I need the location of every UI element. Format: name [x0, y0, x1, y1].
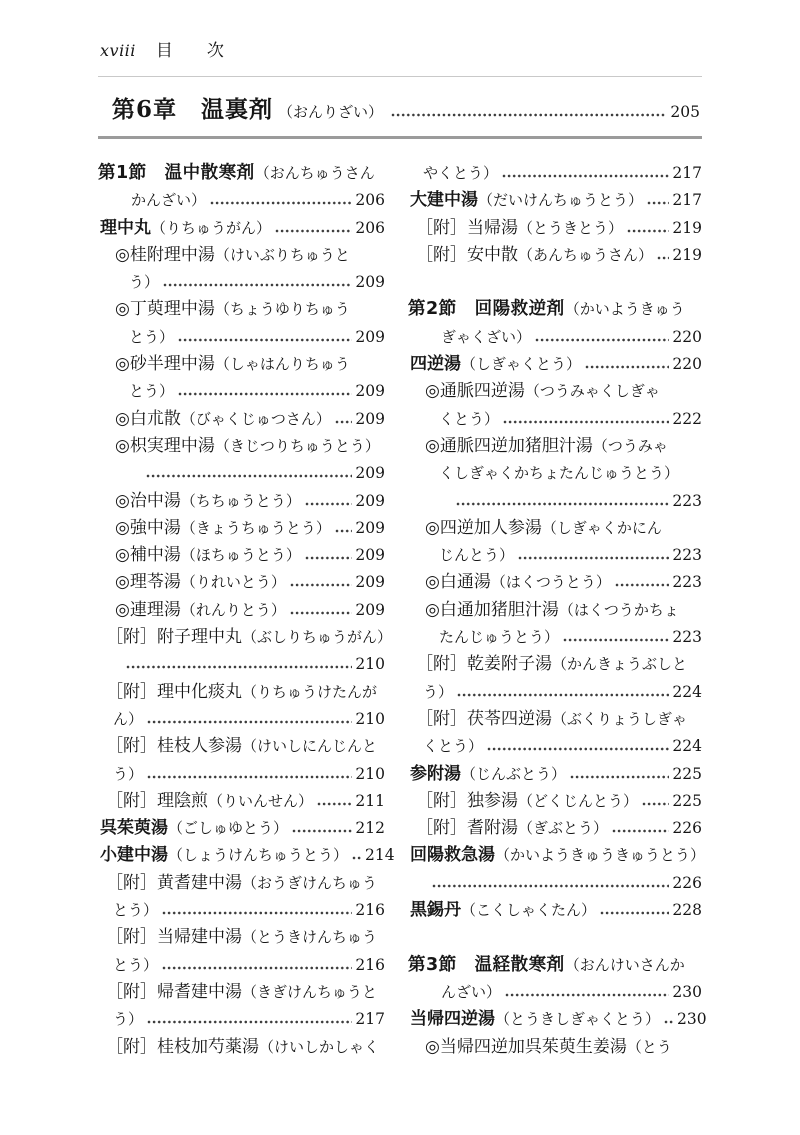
page-number: 210 — [355, 651, 385, 678]
page-number: 228 — [672, 897, 702, 924]
entry-reading: （とうきとう） — [518, 215, 623, 242]
entry-reading: う） — [129, 269, 159, 296]
toc-entry-continuation: う）217 — [98, 1006, 385, 1033]
entry-title: ◎四逆加人参湯 — [425, 515, 542, 542]
chapter-page-number: 205 — [670, 103, 700, 121]
entry-reading: （しぎゃくかにん — [542, 515, 662, 542]
dot-leader — [627, 229, 669, 233]
entry-reading: （しゃはんりちゅう — [215, 351, 350, 378]
page-number: 216 — [355, 897, 385, 924]
toc-entry-continuation: たんじゅうとう）223 — [408, 624, 702, 651]
entry-title: 小建中湯 — [100, 842, 168, 869]
toc-leader-line: 226 — [408, 870, 702, 897]
entry-reading: ぎゃくざい） — [441, 324, 531, 351]
dot-leader — [335, 529, 353, 533]
toc-formula-entry: 当帰四逆湯（とうきしぎゃくとう）230 — [408, 1006, 702, 1033]
header-title: 目 次 — [156, 36, 224, 61]
page-number: 209 — [355, 515, 385, 542]
page-number: 216 — [355, 952, 385, 979]
entry-reading: （どくじんとう） — [518, 788, 638, 815]
page-number: 210 — [355, 761, 385, 788]
entry-title: ◎連理湯 — [115, 597, 181, 624]
folio-number: xviii — [100, 41, 136, 60]
toc-column-right: やくとう）217大建中湯（だいけんちゅうとう）217［附］当帰湯（とうきとう）2… — [408, 160, 702, 1061]
toc-variant-entry: ◎白朮散（びゃくじゅつさん）209 — [98, 406, 385, 433]
page-number: 210 — [355, 706, 385, 733]
entry-reading: （つうみゃくしぎゃ — [525, 378, 660, 405]
entry-title: 第2節 回陽救逆剤 — [408, 296, 565, 323]
toc-entry-continuation: う）210 — [98, 761, 385, 788]
toc-entry-continuation: う）209 — [98, 269, 385, 296]
toc-formula-entry: 黒錫丹（こくしゃくたん）228 — [408, 897, 702, 924]
entry-title: 四逆湯 — [410, 351, 461, 378]
dot-leader — [615, 583, 670, 587]
entry-title: ◎枳実理中湯 — [115, 433, 215, 460]
page-number: 209 — [355, 460, 385, 487]
dot-leader — [162, 911, 352, 915]
entry-title: ［附］当帰湯 — [416, 215, 518, 242]
dot-leader — [585, 365, 669, 369]
entry-reading: （りちゅうがん） — [151, 215, 271, 242]
toc-section-heading: 第3節 温経散寒剤（おんけいさんか — [408, 952, 702, 979]
entry-title: ◎丁萸理中湯 — [115, 296, 215, 323]
toc-column-left: 第1節 温中散寒剤（おんちゅうさんかんざい）206理中丸（りちゅうがん）206◎… — [98, 160, 385, 1061]
toc-variant-entry: ◎枳実理中湯（きじつりちゅうとう） — [98, 433, 385, 460]
dot-leader — [305, 502, 353, 506]
entry-title: ◎強中湯 — [115, 515, 181, 542]
toc-variant-entry: ◎理苓湯（りれいとう）209 — [98, 569, 385, 596]
entry-reading: う） — [113, 1006, 143, 1033]
dot-leader — [505, 993, 669, 997]
entry-reading: う） — [113, 761, 143, 788]
page-number: 220 — [672, 351, 702, 378]
page-number: 223 — [672, 624, 702, 651]
entry-reading: （かいようきゅう — [565, 296, 685, 323]
entry-title: 参附湯 — [410, 761, 461, 788]
toc-entry-continuation: とう）216 — [98, 897, 385, 924]
entry-reading: やくとう） — [423, 160, 498, 187]
dot-leader — [647, 201, 669, 205]
entry-title: ［附］耆附湯 — [416, 815, 518, 842]
page-number: 230 — [672, 979, 702, 1006]
entry-reading: くとう） — [439, 406, 499, 433]
page-number: 219 — [672, 215, 702, 242]
dot-leader — [147, 775, 352, 779]
toc-variant-entry: ◎治中湯（ちちゅうとう）209 — [98, 488, 385, 515]
entry-reading: くとう） — [423, 733, 483, 760]
dot-leader — [657, 256, 669, 260]
entry-reading: （りいんせん） — [208, 788, 313, 815]
toc-appendix-entry: ［附］理陰煎（りいんせん）211 — [98, 788, 385, 815]
entry-reading: くしぎゃくかちょたんじゅうとう） — [439, 460, 679, 487]
toc-entry-continuation: じんとう）223 — [408, 542, 702, 569]
toc-variant-entry: ◎四逆加人参湯（しぎゃくかにん — [408, 515, 702, 542]
dot-leader — [352, 856, 362, 860]
dot-leader — [292, 829, 352, 833]
entry-reading: （ぶくりょうしぎゃ — [552, 706, 687, 733]
entry-title: ◎補中湯 — [115, 542, 181, 569]
toc-entry-continuation: くとう）224 — [408, 733, 702, 760]
page-number: 223 — [672, 569, 702, 596]
toc-variant-entry: ◎当帰四逆加呉茱萸生姜湯（とう — [408, 1034, 702, 1061]
page-number: 224 — [672, 679, 702, 706]
page-number: 226 — [672, 815, 702, 842]
page-number: 223 — [672, 542, 702, 569]
toc-entry-continuation: ん）210 — [98, 706, 385, 733]
entry-title: 第3節 温経散寒剤 — [408, 952, 565, 979]
toc-formula-entry: 四逆湯（しぎゃくとう）220 — [408, 351, 702, 378]
toc-appendix-entry: ［附］乾姜附子湯（かんきょうぶしと — [408, 651, 702, 678]
toc-formula-entry: 呉茱萸湯（ごしゅゆとう）212 — [98, 815, 385, 842]
entry-title: ［附］茯苓四逆湯 — [416, 706, 552, 733]
dot-leader — [163, 283, 352, 287]
entry-title: 回陽救急湯 — [410, 842, 495, 869]
toc-columns: 第1節 温中散寒剤（おんちゅうさんかんざい）206理中丸（りちゅうがん）206◎… — [98, 160, 702, 1061]
toc-spacer — [408, 269, 702, 296]
entry-reading: （けいしにんじんと — [242, 733, 377, 760]
page-number: 209 — [355, 406, 385, 433]
entry-reading: （りちゅうけたんが — [242, 679, 377, 706]
toc-formula-entry: 参附湯（じんぶとう）225 — [408, 761, 702, 788]
dot-leader — [317, 802, 352, 806]
dot-leader — [391, 113, 666, 117]
toc-entry-continuation: ぎゃくざい）220 — [408, 324, 702, 351]
dot-leader — [600, 911, 669, 915]
entry-title: ［附］理陰煎 — [106, 788, 208, 815]
entry-reading: う） — [423, 679, 453, 706]
entry-reading: （きじつりちゅうとう） — [215, 433, 380, 460]
entry-reading: （しぎゃくとう） — [461, 351, 581, 378]
dot-leader — [126, 665, 352, 669]
entry-reading: （きぎけんちゅうと — [242, 979, 377, 1006]
entry-reading: （おんけいさんか — [565, 952, 685, 979]
toc-appendix-entry: ［附］耆附湯（ぎぶとう）226 — [408, 815, 702, 842]
entry-reading: （かんきょうぶしと — [552, 651, 687, 678]
page-number: 217 — [672, 160, 702, 187]
dot-leader — [570, 775, 669, 779]
entry-reading: （あんちゅうさん） — [518, 242, 653, 269]
dot-leader — [642, 802, 669, 806]
entry-reading: （ごしゅゆとう） — [168, 815, 288, 842]
entry-title: ［附］桂枝人参湯 — [106, 733, 242, 760]
entry-title: ◎桂附理中湯 — [115, 242, 215, 269]
running-header: xviii 目 次 — [100, 36, 224, 61]
entry-reading: （とうきしぎゃくとう） — [495, 1006, 660, 1033]
entry-title: ［附］附子理中丸 — [106, 624, 242, 651]
toc-section-heading: 第1節 温中散寒剤（おんちゅうさん — [98, 160, 385, 187]
entry-title: ［附］乾姜附子湯 — [416, 651, 552, 678]
dot-leader — [457, 693, 669, 697]
page-number: 217 — [355, 1006, 385, 1033]
dot-leader — [432, 884, 669, 888]
page-number: 225 — [672, 788, 702, 815]
entry-reading: （はくつうかちょ — [559, 597, 679, 624]
toc-leader-line: 210 — [98, 651, 385, 678]
entry-title: ◎当帰四逆加呉茱萸生姜湯 — [425, 1034, 627, 1061]
toc-variant-entry: ◎通脈四逆加猪胆汁湯（つうみゃ — [408, 433, 702, 460]
entry-reading: （はくつうとう） — [491, 569, 611, 596]
toc-section-heading: 第2節 回陽救逆剤（かいようきゅう — [408, 296, 702, 323]
dot-leader — [210, 201, 352, 205]
entry-title: ◎理苓湯 — [115, 569, 181, 596]
dot-leader — [502, 174, 669, 178]
toc-formula-entry: 小建中湯（しょうけんちゅうとう）214 — [98, 842, 385, 869]
toc-variant-entry: ◎砂半理中湯（しゃはんりちゅう — [98, 351, 385, 378]
dot-leader — [456, 502, 669, 506]
toc-variant-entry: ◎丁萸理中湯（ちょうゆりちゅう — [98, 296, 385, 323]
chapter-title: 第6章 温裏剤 — [112, 91, 273, 124]
page-number: 209 — [355, 324, 385, 351]
entry-title: 理中丸 — [100, 215, 151, 242]
entry-reading: （ぶしりちゅうがん） — [242, 624, 392, 651]
entry-title: ◎砂半理中湯 — [115, 351, 215, 378]
entry-reading: （びゃくじゅつさん） — [181, 406, 331, 433]
toc-entry-continuation: くとう）222 — [408, 406, 702, 433]
page-number: 226 — [672, 870, 702, 897]
entry-reading: （ちちゅうとう） — [181, 488, 301, 515]
page-number: 224 — [672, 733, 702, 760]
toc-formula-entry: 回陽救急湯（かいようきゅうきゅうとう） — [408, 842, 702, 869]
entry-title: ◎白通加猪胆汁湯 — [425, 597, 559, 624]
toc-leader-line: 209 — [98, 460, 385, 487]
toc-entry-continuation: くしぎゃくかちょたんじゅうとう） — [408, 460, 702, 487]
toc-appendix-entry: ［附］桂枝人参湯（けいしにんじんと — [98, 733, 385, 760]
entry-title: ◎通脈四逆加猪胆汁湯 — [425, 433, 593, 460]
chapter-title-reading: （おんりざい） — [278, 101, 383, 122]
entry-title: ［附］桂枝加芍薬湯 — [106, 1034, 259, 1061]
entry-reading: （ほちゅうとう） — [181, 542, 301, 569]
page-number: 209 — [355, 542, 385, 569]
entry-reading: （とう — [627, 1034, 672, 1061]
page-number: 222 — [672, 406, 702, 433]
toc-appendix-entry: ［附］独参湯（どくじんとう）225 — [408, 788, 702, 815]
toc-appendix-entry: ［附］当帰建中湯（とうきけんちゅう — [98, 924, 385, 951]
page-number: 209 — [355, 597, 385, 624]
entry-reading: （とうきけんちゅう — [242, 924, 377, 951]
entry-title: ［附］安中散 — [416, 242, 518, 269]
entry-reading: （だいけんちゅうとう） — [478, 187, 643, 214]
toc-appendix-entry: ［附］附子理中丸（ぶしりちゅうがん） — [98, 624, 385, 651]
dot-leader — [178, 392, 352, 396]
toc-appendix-entry: ［附］黄耆建中湯（おうぎけんちゅう — [98, 870, 385, 897]
entry-reading: （こくしゃくたん） — [461, 897, 596, 924]
toc-entry-continuation: とう）209 — [98, 378, 385, 405]
entry-reading: （ぎぶとう） — [518, 815, 608, 842]
toc-variant-entry: ◎白通湯（はくつうとう）223 — [408, 569, 702, 596]
dot-leader — [162, 966, 352, 970]
dot-leader — [305, 556, 353, 560]
page-number: 219 — [672, 242, 702, 269]
toc-appendix-entry: ［附］茯苓四逆湯（ぶくりょうしぎゃ — [408, 706, 702, 733]
toc-appendix-entry: ［附］理中化痰丸（りちゅうけたんが — [98, 679, 385, 706]
dot-leader — [518, 556, 669, 560]
entry-reading: んざい） — [441, 979, 501, 1006]
dot-leader — [563, 638, 669, 642]
page-number: 214 — [365, 842, 395, 869]
entry-reading: （つうみゃ — [593, 433, 668, 460]
entry-reading: とう） — [129, 324, 174, 351]
page-number: 209 — [355, 378, 385, 405]
toc-appendix-entry: ［附］当帰湯（とうきとう）219 — [408, 215, 702, 242]
toc-entry-continuation: う）224 — [408, 679, 702, 706]
entry-title: ◎白朮散 — [115, 406, 181, 433]
toc-entry-continuation: やくとう）217 — [408, 160, 702, 187]
page-number: 211 — [355, 788, 385, 815]
entry-title: ［附］独参湯 — [416, 788, 518, 815]
entry-reading: （けいぶりちゅうと — [215, 242, 350, 269]
entry-title: ◎通脈四逆湯 — [425, 378, 525, 405]
dot-leader — [290, 583, 353, 587]
page-number: 223 — [672, 488, 702, 515]
entry-title: ［附］理中化痰丸 — [106, 679, 242, 706]
entry-title: 呉茱萸湯 — [100, 815, 168, 842]
page-number: 209 — [355, 269, 385, 296]
toc-variant-entry: ◎白通加猪胆汁湯（はくつうかちょ — [408, 597, 702, 624]
dot-leader — [335, 420, 353, 424]
entry-reading: とう） — [113, 952, 158, 979]
entry-title: ［附］帰耆建中湯 — [106, 979, 242, 1006]
page-number: 206 — [355, 187, 385, 214]
entry-title: ［附］黄耆建中湯 — [106, 870, 242, 897]
entry-reading: たんじゅうとう） — [439, 624, 559, 651]
entry-title: ［附］当帰建中湯 — [106, 924, 242, 951]
entry-title: 黒錫丹 — [410, 897, 461, 924]
entry-reading: （おんちゅうさん — [255, 160, 375, 187]
page-number: 209 — [355, 569, 385, 596]
toc-entry-continuation: かんざい）206 — [98, 187, 385, 214]
entry-title: ◎白通湯 — [425, 569, 491, 596]
dot-leader — [664, 1020, 674, 1024]
dot-leader — [503, 420, 669, 424]
entry-reading: （じんぶとう） — [461, 761, 566, 788]
toc-formula-entry: 理中丸（りちゅうがん）206 — [98, 215, 385, 242]
entry-reading: （けいしかしゃく — [259, 1034, 379, 1061]
entry-title: ◎治中湯 — [115, 488, 181, 515]
entry-title: 大建中湯 — [410, 187, 478, 214]
chapter-heading-row: 第6章 温裏剤 （おんりざい） 205 — [98, 76, 702, 139]
toc-entry-continuation: んざい）230 — [408, 979, 702, 1006]
dot-leader — [147, 720, 352, 724]
page-number: 212 — [355, 815, 385, 842]
toc-leader-line: 223 — [408, 488, 702, 515]
toc-variant-entry: ◎補中湯（ほちゅうとう）209 — [98, 542, 385, 569]
toc-variant-entry: ◎桂附理中湯（けいぶりちゅうと — [98, 242, 385, 269]
entry-reading: （きょうちゅうとう） — [181, 515, 331, 542]
dot-leader — [147, 1020, 352, 1024]
toc-appendix-entry: ［附］安中散（あんちゅうさん）219 — [408, 242, 702, 269]
toc-appendix-entry: ［附］桂枝加芍薬湯（けいしかしゃく — [98, 1034, 385, 1061]
toc-variant-entry: ◎連理湯（れんりとう）209 — [98, 597, 385, 624]
page-number: 225 — [672, 761, 702, 788]
toc-entry-continuation: とう）216 — [98, 952, 385, 979]
toc-appendix-entry: ［附］帰耆建中湯（きぎけんちゅうと — [98, 979, 385, 1006]
entry-reading: じんとう） — [439, 542, 514, 569]
dot-leader — [487, 747, 669, 751]
page-number: 220 — [672, 324, 702, 351]
page-number: 217 — [672, 187, 702, 214]
toc-spacer — [408, 924, 702, 951]
dot-leader — [612, 829, 669, 833]
entry-reading: （しょうけんちゅうとう） — [168, 842, 348, 869]
entry-title: 当帰四逆湯 — [410, 1006, 495, 1033]
toc-formula-entry: 大建中湯（だいけんちゅうとう）217 — [408, 187, 702, 214]
dot-leader — [275, 229, 352, 233]
dot-leader — [178, 338, 352, 342]
dot-leader — [146, 474, 352, 478]
page-number: 206 — [355, 215, 385, 242]
dot-leader — [290, 611, 353, 615]
entry-reading: かんざい） — [131, 187, 206, 214]
page-number: 230 — [677, 1006, 707, 1033]
toc-variant-entry: ◎強中湯（きょうちゅうとう）209 — [98, 515, 385, 542]
entry-reading: （ちょうゆりちゅう — [215, 296, 350, 323]
entry-title: 第1節 温中散寒剤 — [98, 160, 255, 187]
entry-reading: （おうぎけんちゅう — [242, 870, 377, 897]
entry-reading: （かいようきゅうきゅうとう） — [495, 842, 705, 869]
entry-reading: （れんりとう） — [181, 597, 286, 624]
toc-variant-entry: ◎通脈四逆湯（つうみゃくしぎゃ — [408, 378, 702, 405]
dot-leader — [535, 338, 669, 342]
entry-reading: ん） — [113, 706, 143, 733]
entry-reading: （りれいとう） — [181, 569, 286, 596]
page-number: 209 — [355, 488, 385, 515]
toc-entry-continuation: とう）209 — [98, 324, 385, 351]
entry-reading: とう） — [129, 378, 174, 405]
entry-reading: とう） — [113, 897, 158, 924]
